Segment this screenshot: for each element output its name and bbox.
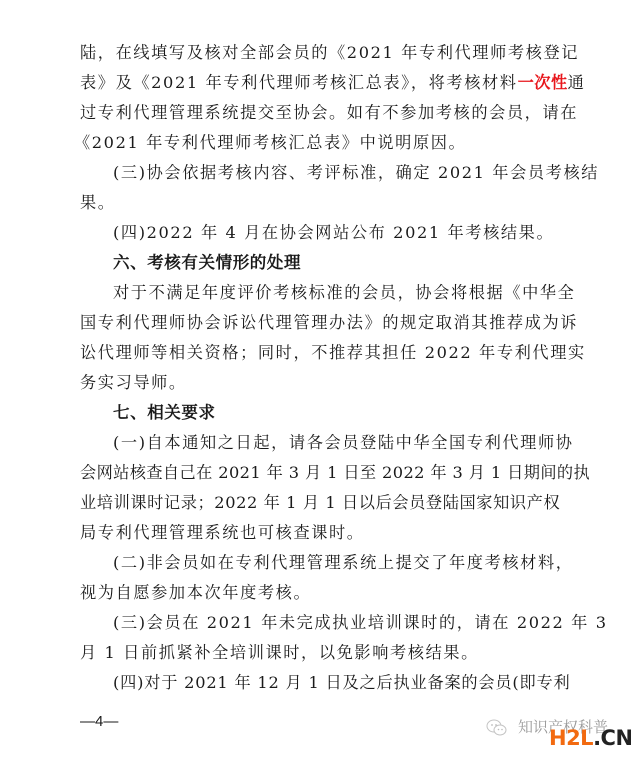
paragraph-line: 陆，在线填写及核对全部会员的《2021 年专利代理师考核登记 <box>80 38 550 68</box>
paragraph-line: 过专利代理管理系统提交至协会。如有不参加考核的会员，请在 <box>80 98 550 128</box>
logo-main: H2L <box>549 726 593 750</box>
page-number: —4— <box>80 710 118 734</box>
paragraph-line: 国专利代理师协会诉讼代理管理办法》的规定取消其推荐成为诉 <box>80 308 550 338</box>
paragraph-line: 对于不满足年度评价考核标准的会员，协会将根据《中华全 <box>113 278 550 308</box>
paragraph-line: (三)协会依据考核内容、考评标准，确定 2021 年会员考核结 <box>113 158 550 188</box>
logo-suffix: .CN <box>593 726 631 750</box>
paragraph-line: 局专利代理管理系统也可核查课时。 <box>80 518 550 548</box>
paragraph-line: (四)2022 年 4 月在协会网站公布 2021 年考核结果。 <box>113 218 550 248</box>
paragraph-line: 视为自愿参加本次年度考核。 <box>80 578 550 608</box>
paragraph-line: 果。 <box>80 188 550 218</box>
paragraph-line: 表》及《2021 年专利代理师考核汇总表》，将考核材料一次性通 <box>80 68 550 98</box>
paragraph-line: 务实习导师。 <box>80 368 550 398</box>
section-heading: 七、相关要求 <box>113 398 550 428</box>
paragraph-line: (三)会员在 2021 年未完成执业培训课时的，请在 2022 年 3 <box>113 608 550 638</box>
watermark: 知识产权科普 H2L.CN <box>482 712 631 752</box>
site-logo: H2L.CN <box>549 727 631 749</box>
line-text: 表》及《2021 年专利代理师考核汇总表》，将考核材料 <box>80 73 518 92</box>
document-page: 陆，在线填写及核对全部会员的《2021 年专利代理师考核登记 表》及《2021 … <box>0 0 631 757</box>
paragraph-line: 月 1 日前抓紧补全培训课时，以免影响考核结果。 <box>80 638 550 668</box>
paragraph-line: 业培训课时记录；2022 年 1 月 1 日以后会员登陆国家知识产权 <box>80 488 550 518</box>
paragraph-line: (二)非会员如在专利代理管理系统上提交了年度考核材料， <box>113 548 550 578</box>
paragraph-line: 《2021 年专利代理师考核汇总表》中说明原因。 <box>74 128 544 158</box>
section-heading: 六、考核有关情形的处理 <box>113 248 550 278</box>
highlighted-text: 一次性 <box>518 73 568 92</box>
line-text: 通 <box>568 73 586 92</box>
paragraph-line: (四)对于 2021 年 12 月 1 日及之后执业备案的会员(即专利 <box>113 668 550 698</box>
paragraph-line: 会网站核查自己在 2021 年 3 月 1 日至 2022 年 3 月 1 日期… <box>80 458 550 488</box>
paragraph-line: 讼代理师等相关资格；同时，不推荐其担任 2022 年专利代理实 <box>80 338 550 368</box>
wechat-icon <box>486 718 508 738</box>
paragraph-line: (一)自本通知之日起，请各会员登陆中华全国专利代理师协 <box>113 428 550 458</box>
